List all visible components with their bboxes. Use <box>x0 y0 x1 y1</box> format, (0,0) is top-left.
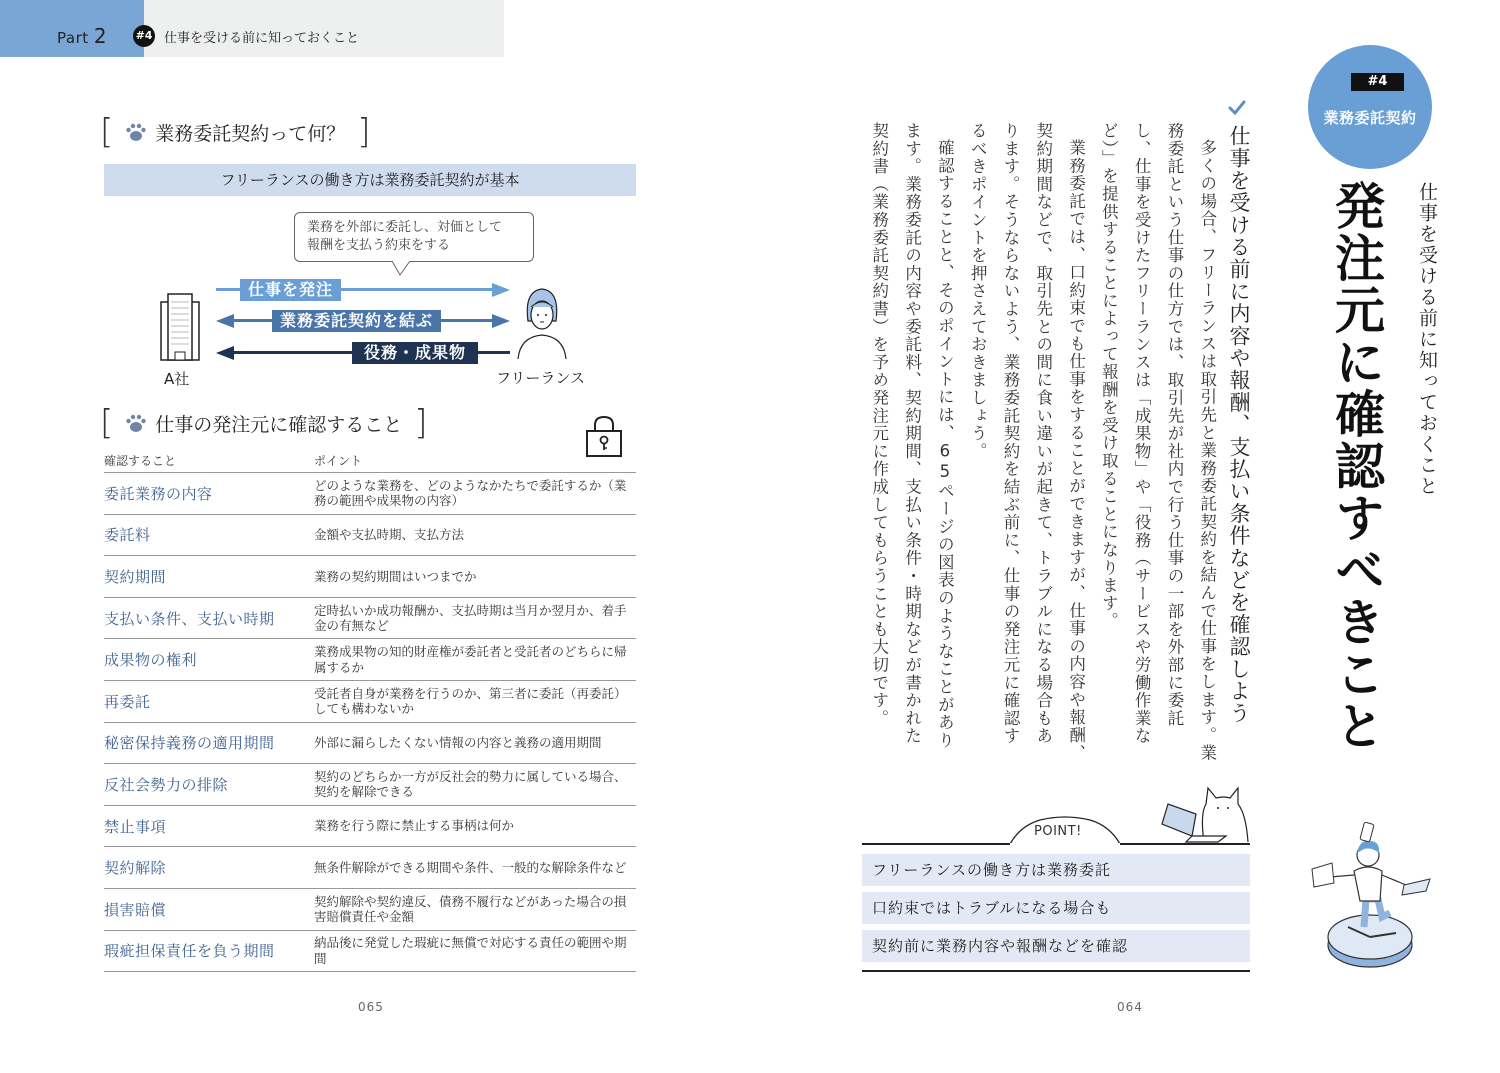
row-item: 契約期間 <box>104 566 314 587</box>
cat-with-laptop-illustration <box>1156 784 1252 846</box>
row-point: 業務成果物の知的財産権が委託者と受託者のどちらに帰属するか <box>314 644 636 675</box>
row-item: 委託業務の内容 <box>104 483 314 504</box>
row-point: どのような業務を、どのようなかたちで委託するか（業務の範囲や成果物の内容） <box>314 478 636 509</box>
part-prefix: Part <box>57 29 89 47</box>
table-row: 再委託受託者自身が業務を行うのか、第三者に委託（再委託）しても構わないか <box>104 681 636 723</box>
chapter-title: 仕事を受ける前に知っておくこと <box>164 27 359 46</box>
table-row: 委託業務の内容どのような業務を、どのようなかたちで委託するか（業務の範囲や成果物… <box>104 473 636 515</box>
point-item: フリーランスの働き方は業務委託 <box>862 854 1250 886</box>
table-row: 反社会勢力の排除契約のどちらか一方が反社会的勢力に属している場合、契約を解除でき… <box>104 764 636 806</box>
page-title: 発注元に確認すべきこと <box>1326 180 1386 752</box>
row-point: 契約のどちらか一方が反社会的勢力に属している場合、契約を解除できる <box>314 769 636 800</box>
table-row: 成果物の権利業務成果物の知的財産権が委託者と受託者のどちらに帰属するか <box>104 639 636 681</box>
body-text: 多くの場合、フリーランスは取引先と業務委託契約を結んで仕事をします。業務委託とい… <box>862 122 1223 762</box>
table-row: 秘密保持義務の適用期間外部に漏らしたくない情報の内容と義務の適用期間 <box>104 723 636 765</box>
row-item: 瑕疵担保責任を負う期間 <box>104 940 314 961</box>
page-number-left: 065 <box>358 1000 384 1014</box>
table-row: 損害賠償契約解除や契約違反、債務不履行などがあった場合の損害賠償責任や金額 <box>104 889 636 931</box>
arrow-label: 役務・成果物 <box>352 342 478 364</box>
bracket-close: ] <box>414 405 427 441</box>
point-bottom-rule <box>862 970 1250 972</box>
section-heading-text: 仕事の発注元に確認すること <box>155 410 402 437</box>
point-label: POINT! <box>1034 824 1082 839</box>
confirmation-table: 確認すること ポイント 委託業務の内容どのような業務を、どのようなかたちで委託す… <box>104 450 636 972</box>
bubble-tail <box>392 261 414 277</box>
freelancer-person-icon <box>514 285 570 361</box>
section-heading-what-is-contract: [ 業務委託契約って何？ ] <box>100 114 371 150</box>
arrow-label: 仕事を発注 <box>240 279 341 301</box>
section-heading-text: 業務委託契約って何？ <box>155 119 345 146</box>
table-row: 委託料金額や支払時期、支払方法 <box>104 515 636 557</box>
row-item: 損害賠償 <box>104 899 314 920</box>
table-row: 契約解除無条件解除ができる期間や条件、一般的な解除条件など <box>104 847 636 889</box>
party-freelancer-label: フリーランス <box>496 367 585 388</box>
arrow-sign-contract: 業務委託契約を結ぶ <box>216 310 512 332</box>
row-item: 禁止事項 <box>104 816 314 837</box>
arrowhead-right-icon <box>492 283 510 297</box>
part-label: Part 2 <box>57 24 107 48</box>
arrow-deliverables: 役務・成果物 <box>216 342 512 364</box>
topic-badge-tag: #4 <box>1351 73 1404 91</box>
column-header-item: 確認すること <box>104 450 314 472</box>
row-point: 納品後に発覚した瑕疵に無償で対応する責任の範囲や期間 <box>314 935 636 966</box>
row-point: 金額や支払時期、支払方法 <box>314 527 636 543</box>
bracket-open: [ <box>100 114 113 150</box>
column-header-point: ポイント <box>314 450 362 472</box>
juggling-person-on-clock-illustration <box>1308 815 1438 975</box>
table-header: 確認すること ポイント <box>104 450 636 473</box>
arrowhead-right-icon <box>492 314 510 328</box>
table-row: 支払い条件、支払い時期定時払いか成功報酬か、支払時期は当月か翌月か、着手金の有無… <box>104 598 636 640</box>
topic-badge-circle: #4 業務委託契約 <box>1308 45 1432 169</box>
row-point: 業務を行う際に禁止する事柄は何か <box>314 818 636 834</box>
body-paragraph: 確認することと、そのポイントには、65ページの図表のようなことがあります。業務委… <box>862 122 960 762</box>
arrow-order-work: 仕事を発注 <box>216 279 512 301</box>
building-icon <box>160 292 200 362</box>
row-item: 秘密保持義務の適用期間 <box>104 732 314 753</box>
body-paragraph: 業務委託では、口約束でも仕事をすることができますが、仕事の内容や報酬、契約期間な… <box>960 122 1091 762</box>
row-item: 反社会勢力の排除 <box>104 774 314 795</box>
party-company-label: A社 <box>164 368 189 389</box>
paw-icon <box>125 413 147 433</box>
row-point: 外部に漏らしたくない情報の内容と義務の適用期間 <box>314 735 636 751</box>
bubble-line: 業務を外部に委託し、対価として <box>307 219 521 237</box>
point-item: 契約前に業務内容や報酬などを確認 <box>862 930 1250 962</box>
section-banner: フリーランスの働き方は業務委託契約が基本 <box>104 164 636 196</box>
row-point: 業務の契約期間はいつまでか <box>314 569 636 585</box>
row-point: 無条件解除ができる期間や条件、一般的な解除条件など <box>314 860 636 876</box>
row-item: 支払い条件、支払い時期 <box>104 608 314 629</box>
topic-badge-title: 業務委託契約 <box>1308 107 1432 128</box>
row-point: 受託者自身が業務を行うのか、第三者に委託（再委託）しても構わないか <box>314 686 636 717</box>
row-point: 定時払いか成功報酬か、支払時期は当月か翌月か、着手金の有無など <box>314 603 636 634</box>
body-paragraph: 多くの場合、フリーランスは取引先と業務委託契約を結んで仕事をします。業務委託とい… <box>1092 122 1223 762</box>
row-item: 契約解除 <box>104 857 314 878</box>
section-heading-confirm-items: [ 仕事の発注元に確認すること ] <box>100 405 428 441</box>
row-item: 成果物の権利 <box>104 649 314 670</box>
chapter-badge: #4 <box>133 25 155 47</box>
point-item: 口約束ではトラブルになる場合も <box>862 892 1250 924</box>
lead-text: 仕事を受ける前に内容や報酬、支払い条件などを確認しよう <box>1224 125 1254 724</box>
row-item: 再委託 <box>104 691 314 712</box>
paw-icon <box>125 122 147 142</box>
speech-bubble: 業務を外部に委託し、対価として 報酬を支払う約束をする <box>294 212 534 262</box>
bubble-line: 報酬を支払う約束をする <box>307 237 521 255</box>
bracket-open: [ <box>100 405 113 441</box>
part-number: 2 <box>94 24 107 48</box>
table-row: 契約期間業務の契約期間はいつまでか <box>104 556 636 598</box>
bracket-close: ] <box>357 114 370 150</box>
arrow-label: 業務委託契約を結ぶ <box>272 310 441 332</box>
checkmark-icon <box>1228 100 1246 116</box>
table-row: 禁止事項業務を行う際に禁止する事柄は何か <box>104 806 636 848</box>
page-subtitle: 仕事を受ける前に知っておくこと <box>1414 182 1441 497</box>
page-number-right: 064 <box>1117 1000 1143 1014</box>
row-point: 契約解除や契約違反、債務不履行などがあった場合の損害賠償責任や金額 <box>314 894 636 925</box>
table-row: 瑕疵担保責任を負う期間納品後に発覚した瑕疵に無償で対応する責任の範囲や期間 <box>104 931 636 973</box>
row-item: 委託料 <box>104 524 314 545</box>
